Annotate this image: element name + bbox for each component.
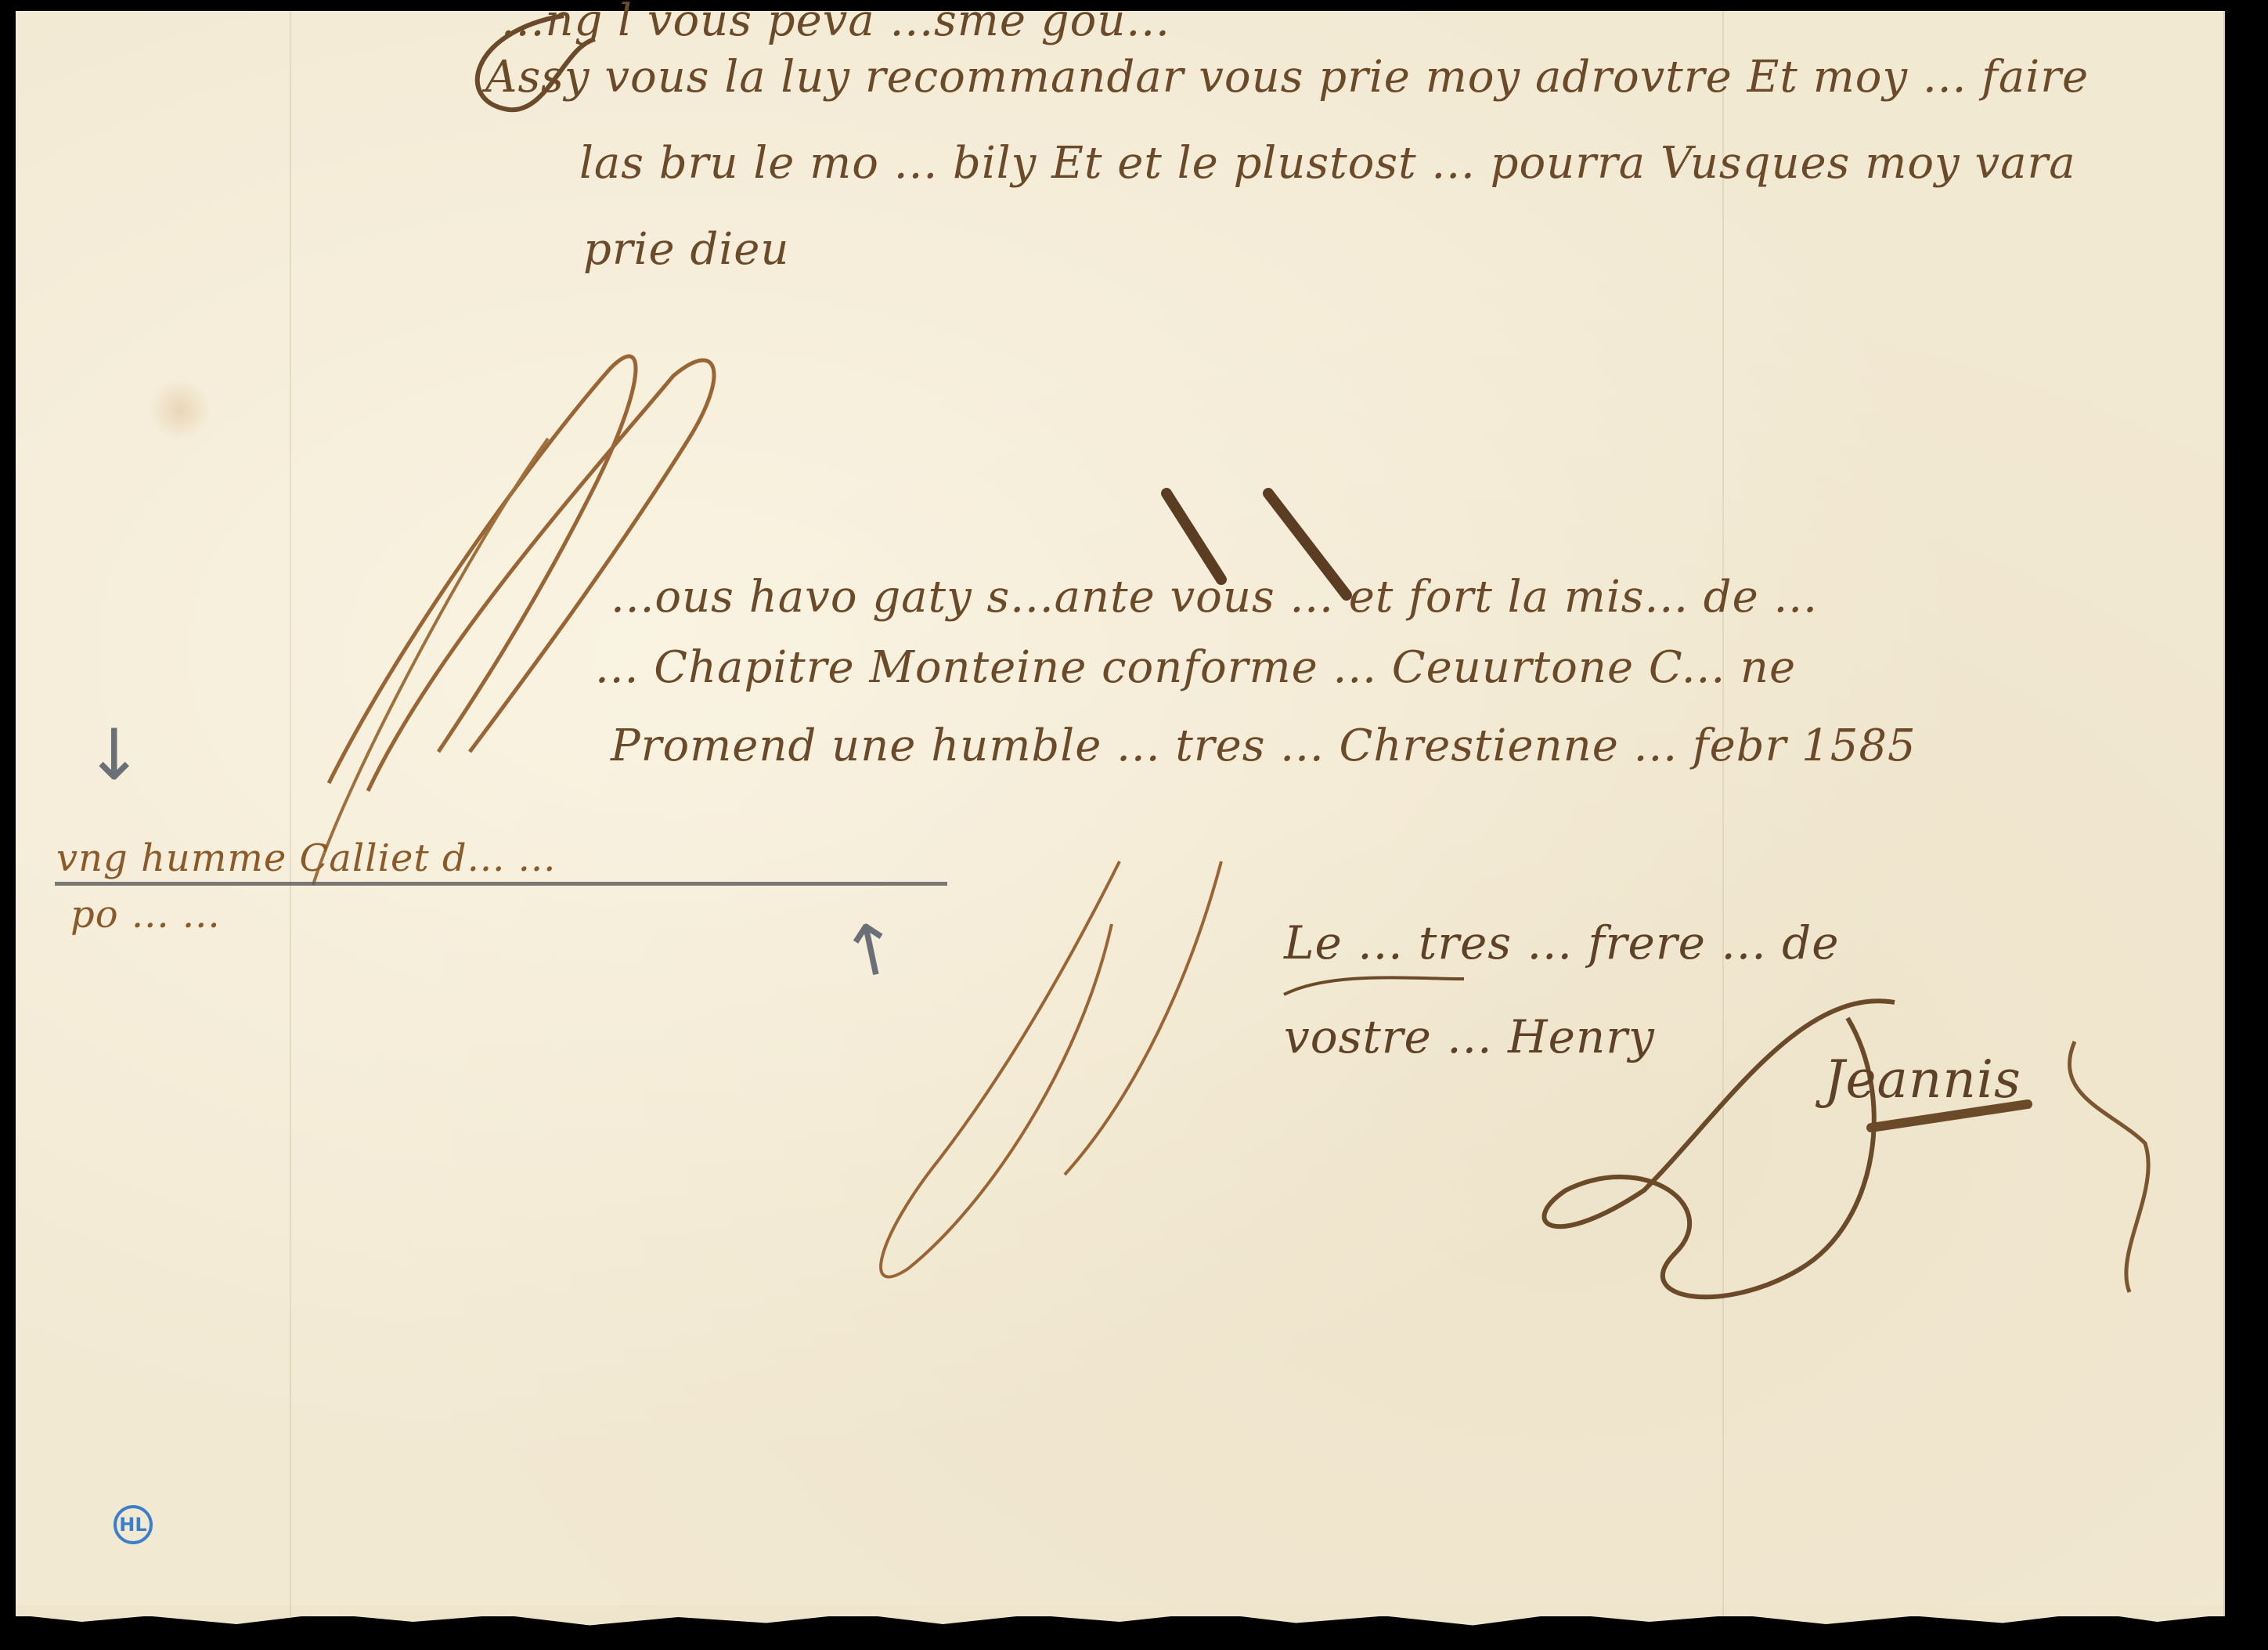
letter-body-line-3: Promend une humble ... tres ... Chrestie… [611,720,1916,771]
closing-line-2: vostre ... Henry [1284,1010,1655,1063]
paper-fold-line [290,11,291,1616]
letter-top-line-2: Assy vous la luy recommandar vous prie m… [485,52,2089,103]
letter-top-line-1: ...ng l vous peva ...sme gou... [501,0,1170,46]
library-stamp-icon: HL [114,1505,153,1544]
letter-body-line-2: ... Chapitre Monteine conforme ... Ceuur… [595,642,1796,693]
signature: Jeannis [1824,1049,2021,1110]
pencil-arrow-down-icon: ↓ [85,720,143,791]
letter-top-line-3: las bru le mo ... bily Et et le plustost… [579,138,2076,189]
manuscript-page [16,11,2225,1616]
pencil-underline [55,882,947,886]
torn-paper-edge [16,1605,2223,1629]
letter-body-line-1: ...ous havo gaty s...ante vous ... et fo… [611,572,1818,623]
paper-fold-line [1722,11,1724,1616]
closing-line-1: Le ... tres ... frere ... de [1284,916,1840,969]
letter-top-line-4: prie dieu [583,224,789,275]
margin-note-line-2: po ... ... [70,893,221,937]
margin-note-line-1: vng humme Calliet d... ... [56,836,556,880]
